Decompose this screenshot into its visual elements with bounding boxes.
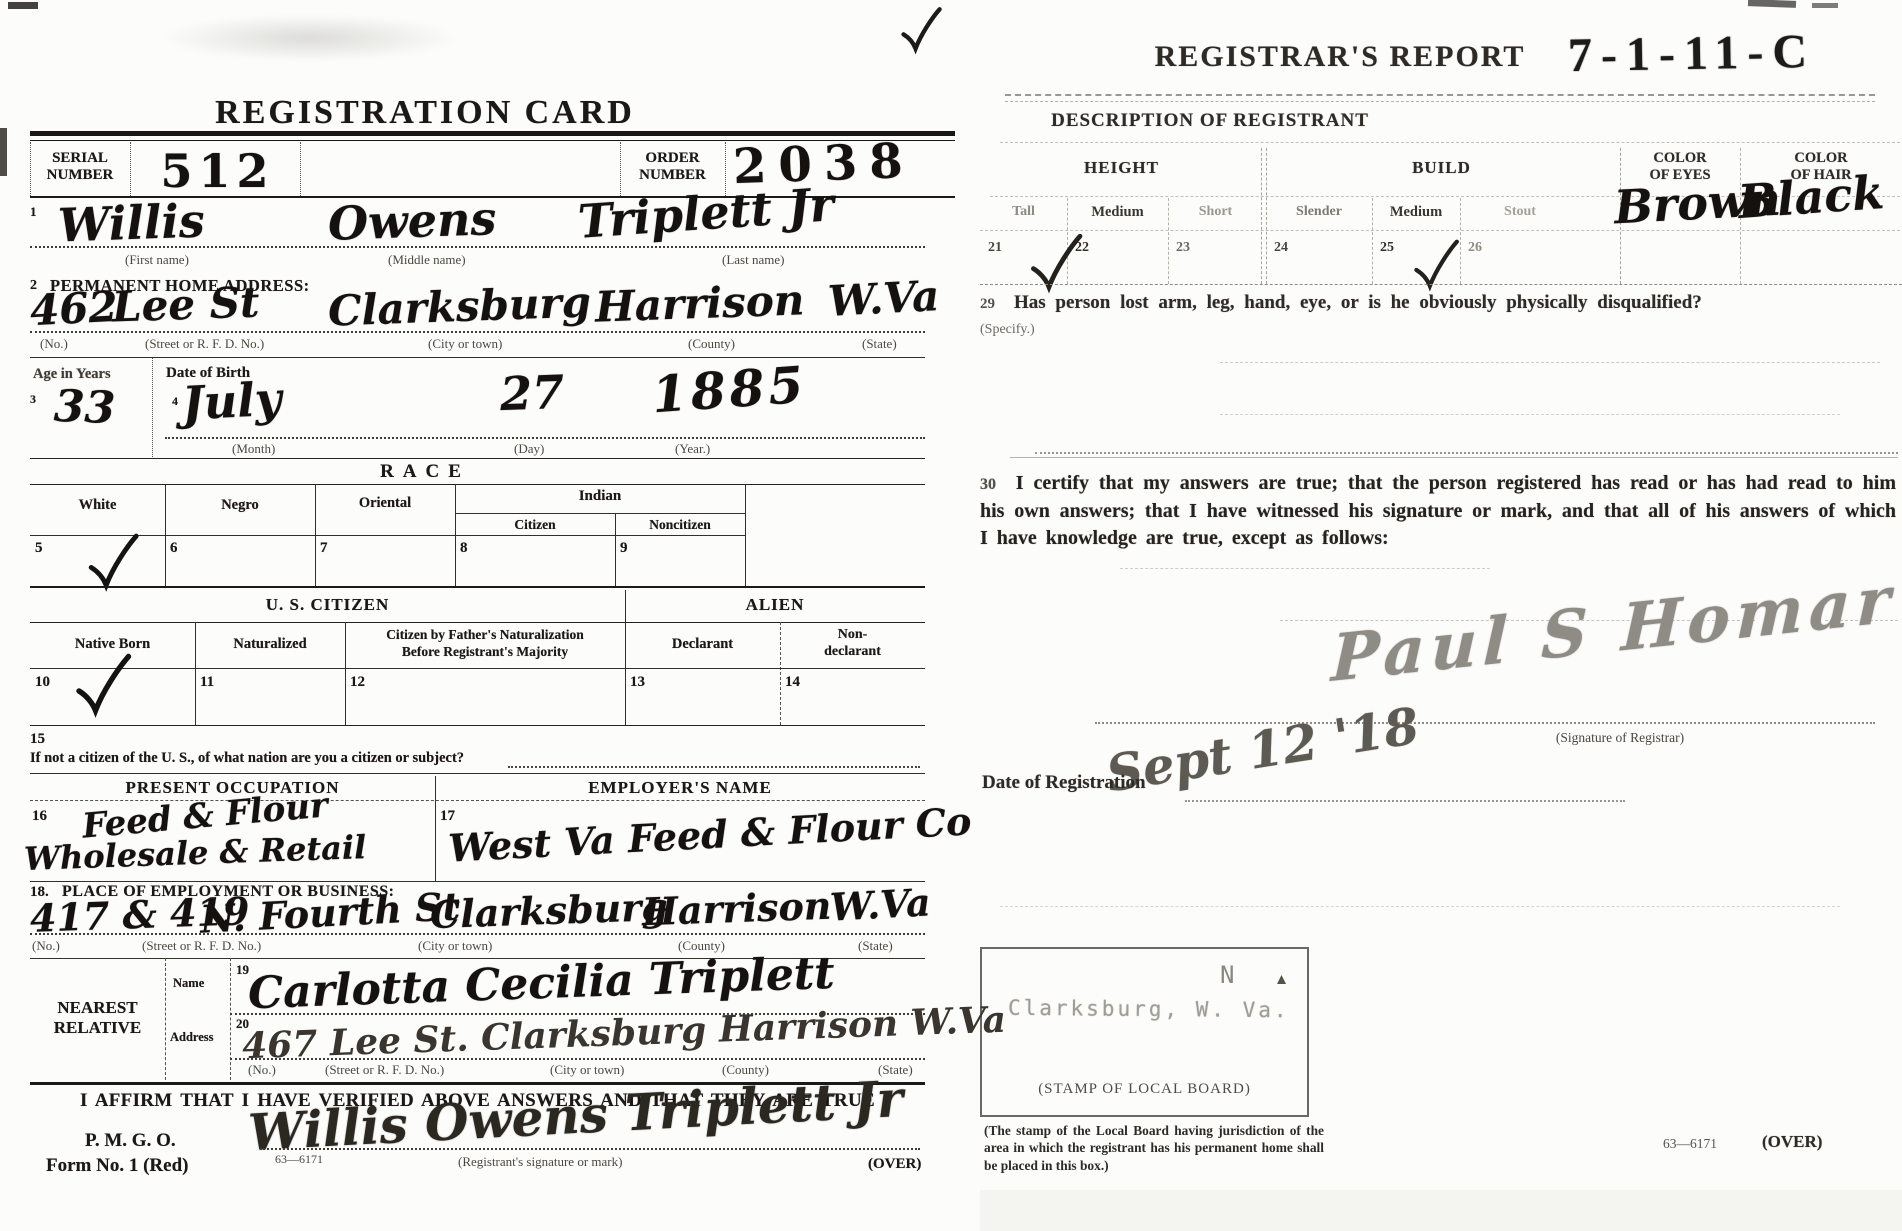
nearest-relative-label: NEAREST RELATIVE <box>30 998 165 1039</box>
name-last-handwriting: Triplett Jr <box>576 177 835 249</box>
dotted-signature-line <box>260 1148 920 1150</box>
build-slender-num: 24 <box>1274 240 1288 256</box>
registrar-signature-handwriting: Paul S Homar <box>1330 562 1897 697</box>
print-code: 63—6171 <box>275 1152 323 1167</box>
rule-faint <box>1005 94 1875 96</box>
dotted-date-line <box>1185 800 1625 802</box>
street-caption: (Street or R. F. D. No.) <box>145 336 264 352</box>
rule <box>30 458 925 459</box>
home-city-handwriting: Clarksburg <box>327 277 591 335</box>
height-short-num: 23 <box>1176 240 1190 256</box>
rule-heavy <box>30 586 925 588</box>
blank-answer-line <box>1010 457 1898 458</box>
rule-faint <box>980 284 1902 285</box>
county-caption: (County) <box>688 336 735 352</box>
nondeclarant-line1: Non- <box>780 627 925 644</box>
city-caption: (City or town) <box>418 938 492 954</box>
check-mark-icon <box>70 652 136 718</box>
age-value-handwriting: 33 <box>53 381 116 434</box>
build-stout-num: 26 <box>1468 240 1482 256</box>
hair-color-handwriting: Black <box>1736 165 1885 229</box>
divider <box>745 484 746 586</box>
q30-number: 30 <box>980 476 996 493</box>
field-number: 15 <box>30 731 45 748</box>
employer-header: EMPLOYER'S NAME <box>435 778 925 798</box>
scan-noise-edge <box>0 128 7 176</box>
rule-faint <box>1005 101 1875 102</box>
serial-label-line2: NUMBER <box>30 167 130 184</box>
state-caption: (State) <box>858 938 893 954</box>
home-state-handwriting: W.Va <box>827 271 941 326</box>
dotted-writing-line <box>165 437 925 439</box>
first-name-caption: (First name) <box>125 252 189 268</box>
height-tall-num: 21 <box>988 240 1002 256</box>
rule <box>30 881 925 882</box>
dotted-writing-line <box>30 933 925 935</box>
birth-month-handwriting: July <box>181 371 283 430</box>
q30-text: I certify that my answers are true; that… <box>980 472 1896 549</box>
q15-text: If not a citizen of the U. S., of what n… <box>30 750 464 767</box>
check-mark-icon <box>84 532 142 592</box>
race-white-num: 5 <box>35 540 43 557</box>
no-caption: (No.) <box>40 336 68 352</box>
build-medium-num: 25 <box>1380 240 1394 256</box>
divider <box>130 142 131 196</box>
rule <box>30 622 925 623</box>
stamp-code: 7-1-11-C <box>1568 24 1817 83</box>
over-label: (OVER) <box>1762 1132 1822 1152</box>
certification-paragraph: 30 I certify that my answers are true; t… <box>980 470 1896 552</box>
dotted-writing-line <box>30 246 925 248</box>
last-name-caption: (Last name) <box>722 252 784 268</box>
city-caption: (City or town) <box>428 336 502 352</box>
native-born-num: 10 <box>35 674 50 691</box>
race-citizen-num: 8 <box>460 540 468 557</box>
employer-handwriting: West Va Feed & Flour Co <box>447 798 972 870</box>
declarant-label: Declarant <box>625 636 780 653</box>
eyes-header-line1: COLOR <box>1620 150 1740 167</box>
field-number: 17 <box>440 808 455 825</box>
race-indian-citizen-label: Citizen <box>455 517 615 533</box>
name-first-handwriting: Willis <box>57 193 205 252</box>
stamp-mark <box>1277 975 1286 984</box>
blank-answer-line <box>1220 414 1840 415</box>
dotted-writing-line <box>230 1058 925 1060</box>
home-street-handwriting: Lee St <box>111 277 260 331</box>
build-header: BUILD <box>1263 158 1620 178</box>
day-caption: (Day) <box>514 441 544 457</box>
registration-date-handwriting: Sept 12 '18 <box>1102 696 1423 804</box>
q29-text: Has person lost arm, leg, hand, eye, or … <box>1014 292 1702 314</box>
divider <box>300 142 301 196</box>
divider <box>165 958 166 1080</box>
alien-header: ALIEN <box>625 595 925 615</box>
relative-name-label: Name <box>173 976 204 991</box>
race-negro-label: Negro <box>165 497 315 514</box>
nondeclarant-line2: declarant <box>780 644 925 661</box>
print-code: 63—6171 <box>1663 1136 1717 1152</box>
dotted-answer-line <box>508 766 920 768</box>
report-title: REGISTRAR'S REPORT <box>1080 40 1600 74</box>
order-label-line2: NUMBER <box>620 167 725 184</box>
race-oriental-label: Oriental <box>315 495 455 512</box>
build-medium-label: Medium <box>1372 204 1460 221</box>
report-subtitle: DESCRIPTION OF REGISTRANT <box>980 110 1440 132</box>
father-naturalization-label: Citizen by Father's Naturalization Befor… <box>345 627 625 661</box>
q29-specify-caption: (Specify.) <box>980 322 1035 338</box>
name-middle-handwriting: Owens <box>327 191 497 251</box>
no-caption: (No.) <box>32 938 60 954</box>
scanned-draft-card: REGISTRATION CARD SERIAL NUMBER 512 ORDE… <box>0 0 1902 1231</box>
us-citizen-header: U. S. CITIZEN <box>30 595 625 615</box>
divider <box>152 358 153 457</box>
height-short-label: Short <box>1168 204 1263 220</box>
divider <box>625 590 626 725</box>
over-label: (OVER) <box>868 1156 921 1173</box>
serial-number-label: SERIAL NUMBER <box>30 150 130 183</box>
field-number: 1 <box>30 204 37 220</box>
card-title: REGISTRATION CARD <box>30 94 820 132</box>
home-county-handwriting: Harrison <box>594 275 805 331</box>
stamp-box-caption: (STAMP OF LOCAL BOARD) <box>982 1081 1307 1098</box>
relative-address-label: Address <box>170 1030 214 1045</box>
city-caption: (City or town) <box>550 1062 624 1078</box>
blank-answer-line <box>1220 362 1880 363</box>
build-stout-label: Stout <box>1460 204 1580 220</box>
blank-answer-line <box>1120 568 1490 569</box>
divider <box>435 776 436 881</box>
employment-county-handwriting: Harrison <box>641 883 832 935</box>
order-number-label: ORDER NUMBER <box>620 150 725 183</box>
dotted-signature-line <box>1095 722 1875 724</box>
father-label-line2: Before Registrant's Majority <box>345 644 625 661</box>
father-label-line1: Citizen by Father's Naturalization <box>345 627 625 644</box>
state-caption: (State) <box>862 336 897 352</box>
year-caption: (Year.) <box>675 441 710 457</box>
height-medium-label: Medium <box>1067 204 1168 221</box>
race-noncitizen-num: 9 <box>620 540 628 557</box>
form-no-label: Form No. 1 (Red) <box>46 1155 188 1177</box>
registrant-signature-caption: (Registrant's signature or mark) <box>458 1154 622 1170</box>
dotted-writing-line <box>30 331 925 333</box>
rule-faint <box>1000 906 1840 907</box>
middle-name-caption: (Middle name) <box>388 252 466 268</box>
employment-city-handwriting: Clarksburg <box>429 884 668 937</box>
street-caption: (Street or R. F. D. No.) <box>325 1062 444 1078</box>
registrar-signature-caption: (Signature of Registrar) <box>1470 730 1770 746</box>
q29-number: 29 <box>980 296 995 313</box>
stamp-letter: N <box>1220 961 1234 989</box>
race-negro-num: 6 <box>170 540 178 557</box>
rule <box>455 513 745 514</box>
race-indian-label: Indian <box>455 488 745 505</box>
father-num: 12 <box>350 674 365 691</box>
serial-label-line1: SERIAL <box>30 150 130 167</box>
order-label-line1: ORDER <box>620 150 725 167</box>
native-born-label: Native Born <box>30 636 195 653</box>
divider <box>230 958 231 1080</box>
relative-line2: RELATIVE <box>30 1018 165 1038</box>
birth-year-handwriting: 1885 <box>650 355 809 425</box>
field-number: 16 <box>32 808 47 825</box>
race-white-label: White <box>30 497 165 514</box>
nearest-line1: NEAREST <box>30 998 165 1018</box>
pmgo-label: P. M. G. O. <box>85 1130 176 1152</box>
age-label: Age in Years <box>33 366 111 383</box>
race-indian-noncitizen-label: Noncitizen <box>615 517 745 533</box>
race-oriental-num: 7 <box>320 540 328 557</box>
birth-day-handwriting: 27 <box>499 365 565 421</box>
home-no-handwriting: 462 <box>29 282 119 336</box>
registration-date-label: Date of Registration <box>982 772 1146 794</box>
field-number: 3 <box>30 392 36 407</box>
registration-card-panel: REGISTRATION CARD SERIAL NUMBER 512 ORDE… <box>30 0 955 1231</box>
rule <box>30 668 925 669</box>
height-header: HEIGHT <box>980 158 1263 178</box>
blank-answer-line <box>1035 452 1898 454</box>
height-tall-label: Tall <box>980 204 1067 220</box>
field-number: 4 <box>172 394 178 409</box>
naturalized-label: Naturalized <box>195 636 345 653</box>
stamp-instruction-caption: (The stamp of the Local Board having jur… <box>984 1122 1324 1174</box>
declarant-num: 13 <box>630 674 645 691</box>
employment-state-handwriting: W.Va <box>829 879 932 929</box>
check-mark-icon <box>898 6 944 54</box>
rule-faint <box>980 230 1900 231</box>
build-slender-label: Slender <box>1266 204 1372 220</box>
nondeclarant-num: 14 <box>785 674 800 691</box>
no-caption: (No.) <box>248 1062 276 1078</box>
local-board-stamp-box: N Clarksburg, W. Va. (STAMP OF LOCAL BOA… <box>980 947 1309 1117</box>
rule-faint <box>1000 142 1900 143</box>
rule <box>30 725 925 726</box>
naturalized-num: 11 <box>200 674 214 691</box>
serial-number-value: 512 <box>135 144 300 198</box>
month-caption: (Month) <box>232 441 275 457</box>
rule <box>30 773 925 774</box>
occupation-line2-handwriting: Wholesale & Retail <box>23 828 366 878</box>
registrars-report-panel: REGISTRAR'S REPORT 7-1-11-C DESCRIPTION … <box>980 0 1902 1231</box>
race-title: RACE <box>30 461 820 483</box>
nondeclarant-label: Non- declarant <box>780 627 925 661</box>
stamp-city-text: Clarksburg, W. Va. <box>1008 996 1290 1022</box>
street-caption: (Street or R. F. D. No.) <box>142 938 261 954</box>
